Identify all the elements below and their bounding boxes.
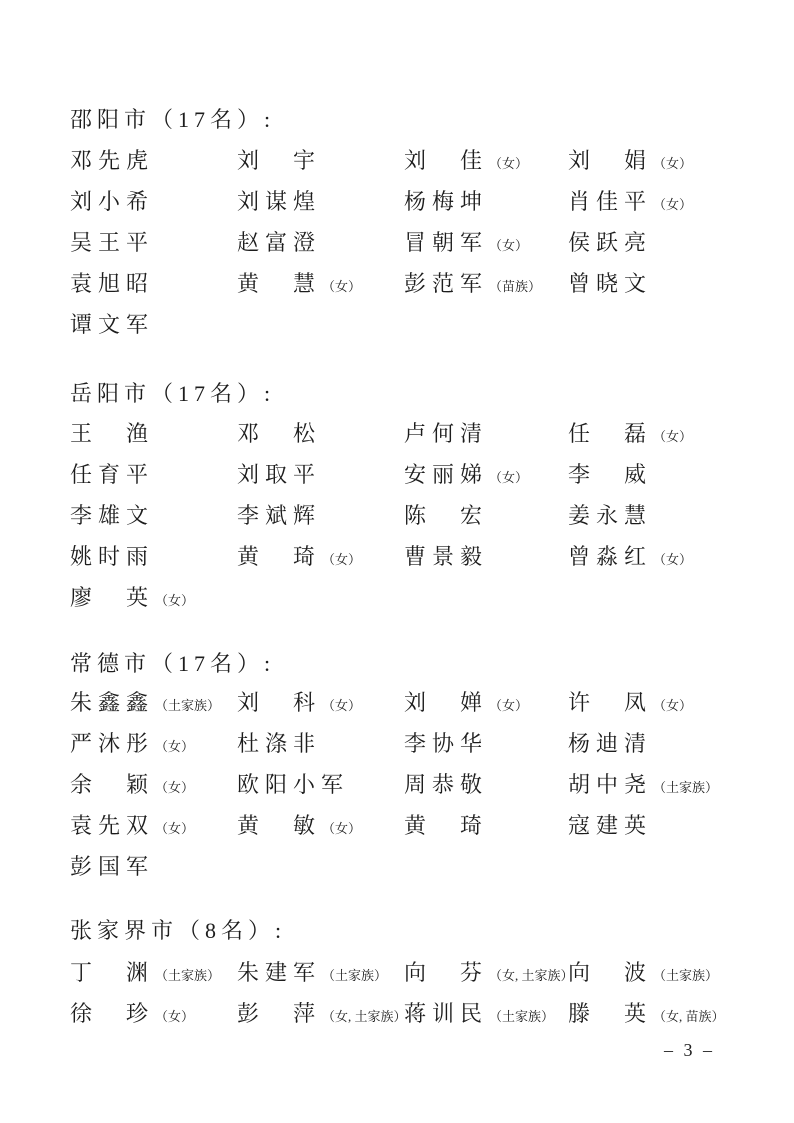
gender-ethnicity-label: （女） — [652, 197, 692, 212]
person-name: 冒朝军 — [404, 230, 488, 255]
person-name: 袁旭昭 — [70, 271, 154, 296]
person-entry: 侯跃亮 — [568, 230, 652, 259]
person-name: 寇建英 — [568, 813, 652, 838]
gender-ethnicity-label: （女） — [321, 279, 361, 294]
person-entry: 刘 宇 — [237, 148, 321, 177]
gender-ethnicity-label: （女） — [488, 156, 528, 171]
name-row: 刘小希刘谋煌杨梅坤肖佳平（女） — [0, 189, 794, 219]
person-entry: 李雄文 — [70, 503, 154, 532]
person-entry: 黄 敏（女） — [237, 813, 361, 842]
person-name: 邓 松 — [237, 421, 321, 446]
name-row: 邓先虎刘 宇刘 佳（女）刘 娟（女） — [0, 148, 794, 178]
person-entry: 寇建英 — [568, 813, 652, 842]
gender-ethnicity-label: （女） — [154, 821, 194, 836]
person-name: 刘谋煌 — [237, 189, 321, 214]
gender-ethnicity-label: （女, 土家族） — [321, 1009, 407, 1024]
document-page: 邵阳市（17名）:邓先虎刘 宇刘 佳（女）刘 娟（女）刘小希刘谋煌杨梅坤肖佳平（… — [0, 0, 794, 1123]
name-row: 朱鑫鑫（土家族）刘 科（女）刘 婵（女）许 凤（女） — [0, 690, 794, 720]
person-name: 余 颖 — [70, 772, 154, 797]
person-entry: 朱鑫鑫（土家族） — [70, 690, 220, 719]
gender-ethnicity-label: （女） — [321, 821, 361, 836]
person-name: 彭范军 — [404, 271, 488, 296]
person-name: 朱鑫鑫 — [70, 690, 154, 715]
person-name: 曹景毅 — [404, 544, 488, 569]
person-name: 彭 萍 — [237, 1001, 321, 1026]
person-name: 姜永慧 — [568, 503, 652, 528]
person-name: 任育平 — [70, 462, 154, 487]
person-entry: 陈 宏 — [404, 503, 488, 532]
person-name: 朱建军 — [237, 960, 321, 985]
name-row: 谭文军 — [0, 312, 794, 342]
person-name: 杨梅坤 — [404, 189, 488, 214]
person-entry: 吴王平 — [70, 230, 154, 259]
person-entry: 李协华 — [404, 731, 488, 760]
person-entry: 安丽娣（女） — [404, 462, 528, 491]
person-name: 任 磊 — [568, 421, 652, 446]
person-entry: 严沐彤（女） — [70, 731, 194, 760]
person-entry: 刘 科（女） — [237, 690, 361, 719]
gender-ethnicity-label: （土家族） — [488, 1009, 554, 1024]
person-name: 赵富澄 — [237, 230, 321, 255]
person-entry: 刘 婵（女） — [404, 690, 528, 719]
gender-ethnicity-label: （女） — [488, 698, 528, 713]
person-name: 李雄文 — [70, 503, 154, 528]
person-name: 黄 琦 — [404, 813, 488, 838]
person-entry: 刘 佳（女） — [404, 148, 528, 177]
person-entry: 廖 英（女） — [70, 585, 194, 614]
person-name: 许 凤 — [568, 690, 652, 715]
person-name: 杨迪清 — [568, 731, 652, 756]
person-entry: 李斌辉 — [237, 503, 321, 532]
person-name: 陈 宏 — [404, 503, 488, 528]
person-entry: 欧阳小军 — [237, 772, 349, 801]
person-entry: 杜涤非 — [237, 731, 321, 760]
person-entry: 肖佳平（女） — [568, 189, 692, 218]
person-entry: 曾淼红（女） — [568, 544, 692, 573]
section-title: 张家界市（8名）: — [70, 918, 286, 944]
person-name: 刘 佳 — [404, 148, 488, 173]
name-row: 廖 英（女） — [0, 585, 794, 615]
person-entry: 朱建军（土家族） — [237, 960, 387, 989]
gender-ethnicity-label: （女） — [652, 429, 692, 444]
person-name: 向 芬 — [404, 960, 488, 985]
person-entry: 曾晓文 — [568, 271, 652, 300]
person-name: 彭国军 — [70, 854, 154, 879]
person-name: 李协华 — [404, 731, 488, 756]
person-entry: 向 芬（女, 土家族） — [404, 960, 574, 989]
person-name: 周恭敬 — [404, 772, 488, 797]
person-entry: 赵富澄 — [237, 230, 321, 259]
person-entry: 胡中尧（土家族） — [568, 772, 718, 801]
name-row: 余 颖（女）欧阳小军周恭敬胡中尧（土家族） — [0, 772, 794, 802]
person-entry: 刘取平 — [237, 462, 321, 491]
person-name: 邓先虎 — [70, 148, 154, 173]
person-name: 李斌辉 — [237, 503, 321, 528]
gender-ethnicity-label: （土家族） — [652, 968, 718, 983]
person-entry: 丁 渊（土家族） — [70, 960, 220, 989]
section-title: 邵阳市（17名）: — [70, 107, 275, 133]
person-name: 李 威 — [568, 462, 652, 487]
person-name: 肖佳平 — [568, 189, 652, 214]
person-entry: 卢何清 — [404, 421, 488, 450]
person-name: 黄 琦 — [237, 544, 321, 569]
person-name: 杜涤非 — [237, 731, 321, 756]
name-row: 徐 珍（女）彭 萍（女, 土家族）蒋训民（土家族）滕 英（女, 苗族） — [0, 1001, 794, 1031]
person-entry: 杨迪清 — [568, 731, 652, 760]
gender-ethnicity-label: （女） — [652, 698, 692, 713]
person-name: 谭文军 — [70, 312, 154, 337]
person-name: 丁 渊 — [70, 960, 154, 985]
gender-ethnicity-label: （女） — [321, 698, 361, 713]
gender-ethnicity-label: （女） — [652, 156, 692, 171]
gender-ethnicity-label: （女） — [652, 552, 692, 567]
name-row: 任育平刘取平安丽娣（女）李 威 — [0, 462, 794, 492]
person-name: 曾晓文 — [568, 271, 652, 296]
person-name: 徐 珍 — [70, 1001, 154, 1026]
person-name: 曾淼红 — [568, 544, 652, 569]
person-entry: 李 威 — [568, 462, 652, 491]
gender-ethnicity-label: （土家族） — [154, 968, 220, 983]
person-entry: 向 波（土家族） — [568, 960, 718, 989]
person-entry: 邓先虎 — [70, 148, 154, 177]
person-entry: 彭 萍（女, 土家族） — [237, 1001, 407, 1030]
name-row: 袁旭昭黄 慧（女）彭范军（苗族）曾晓文 — [0, 271, 794, 301]
person-entry: 袁先双（女） — [70, 813, 194, 842]
gender-ethnicity-label: （苗族） — [488, 279, 541, 294]
name-row: 姚时雨黄 琦（女）曹景毅曾淼红（女） — [0, 544, 794, 574]
person-name: 刘 娟 — [568, 148, 652, 173]
person-entry: 任育平 — [70, 462, 154, 491]
person-name: 姚时雨 — [70, 544, 154, 569]
gender-ethnicity-label: （土家族） — [321, 968, 387, 983]
person-entry: 姚时雨 — [70, 544, 154, 573]
person-name: 吴王平 — [70, 230, 154, 255]
person-name: 滕 英 — [568, 1001, 652, 1026]
gender-ethnicity-label: （女） — [488, 238, 528, 253]
person-entry: 许 凤（女） — [568, 690, 692, 719]
name-row: 王 渔邓 松卢何清任 磊（女） — [0, 421, 794, 451]
section-title: 常德市（17名）: — [70, 651, 275, 677]
person-entry: 蒋训民（土家族） — [404, 1001, 554, 1030]
person-entry: 刘 娟（女） — [568, 148, 692, 177]
gender-ethnicity-label: （女） — [154, 593, 194, 608]
name-row: 李雄文李斌辉陈 宏姜永慧 — [0, 503, 794, 533]
person-name: 侯跃亮 — [568, 230, 652, 255]
person-entry: 任 磊（女） — [568, 421, 692, 450]
person-name: 王 渔 — [70, 421, 154, 446]
person-name: 刘取平 — [237, 462, 321, 487]
person-name: 刘 科 — [237, 690, 321, 715]
gender-ethnicity-label: （女, 苗族） — [652, 1009, 725, 1024]
name-row: 袁先双（女）黄 敏（女）黄 琦寇建英 — [0, 813, 794, 843]
name-row: 吴王平赵富澄冒朝军（女）侯跃亮 — [0, 230, 794, 260]
person-name: 蒋训民 — [404, 1001, 488, 1026]
name-row: 严沐彤（女）杜涤非李协华杨迪清 — [0, 731, 794, 761]
name-row: 丁 渊（土家族）朱建军（土家族）向 芬（女, 土家族）向 波（土家族） — [0, 960, 794, 990]
gender-ethnicity-label: （女） — [154, 739, 194, 754]
gender-ethnicity-label: （土家族） — [652, 780, 718, 795]
person-entry: 袁旭昭 — [70, 271, 154, 300]
person-entry: 冒朝军（女） — [404, 230, 528, 259]
person-entry: 黄 琦 — [404, 813, 488, 842]
page-number: – 3 – — [664, 1040, 715, 1061]
person-entry: 黄 琦（女） — [237, 544, 361, 573]
person-entry: 曹景毅 — [404, 544, 488, 573]
section-title: 岳阳市（17名）: — [70, 381, 275, 407]
name-row: 彭国军 — [0, 854, 794, 884]
person-name: 向 波 — [568, 960, 652, 985]
person-name: 严沐彤 — [70, 731, 154, 756]
person-entry: 刘小希 — [70, 189, 154, 218]
person-entry: 黄 慧（女） — [237, 271, 361, 300]
person-name: 胡中尧 — [568, 772, 652, 797]
person-name: 欧阳小军 — [237, 772, 349, 797]
person-entry: 邓 松 — [237, 421, 321, 450]
gender-ethnicity-label: （女） — [321, 552, 361, 567]
person-entry: 姜永慧 — [568, 503, 652, 532]
person-entry: 彭范军（苗族） — [404, 271, 541, 300]
person-entry: 谭文军 — [70, 312, 154, 341]
person-name: 廖 英 — [70, 585, 154, 610]
person-name: 安丽娣 — [404, 462, 488, 487]
person-name: 刘 宇 — [237, 148, 321, 173]
gender-ethnicity-label: （女, 土家族） — [488, 968, 574, 983]
person-name: 刘 婵 — [404, 690, 488, 715]
person-entry: 余 颖（女） — [70, 772, 194, 801]
person-entry: 彭国军 — [70, 854, 154, 883]
person-entry: 杨梅坤 — [404, 189, 488, 218]
gender-ethnicity-label: （土家族） — [154, 698, 220, 713]
person-name: 黄 慧 — [237, 271, 321, 296]
person-name: 袁先双 — [70, 813, 154, 838]
person-entry: 滕 英（女, 苗族） — [568, 1001, 725, 1030]
gender-ethnicity-label: （女） — [154, 780, 194, 795]
gender-ethnicity-label: （女） — [154, 1009, 194, 1024]
person-entry: 周恭敬 — [404, 772, 488, 801]
person-entry: 刘谋煌 — [237, 189, 321, 218]
gender-ethnicity-label: （女） — [488, 470, 528, 485]
person-name: 卢何清 — [404, 421, 488, 446]
person-entry: 王 渔 — [70, 421, 154, 450]
person-name: 黄 敏 — [237, 813, 321, 838]
person-entry: 徐 珍（女） — [70, 1001, 194, 1030]
person-name: 刘小希 — [70, 189, 154, 214]
